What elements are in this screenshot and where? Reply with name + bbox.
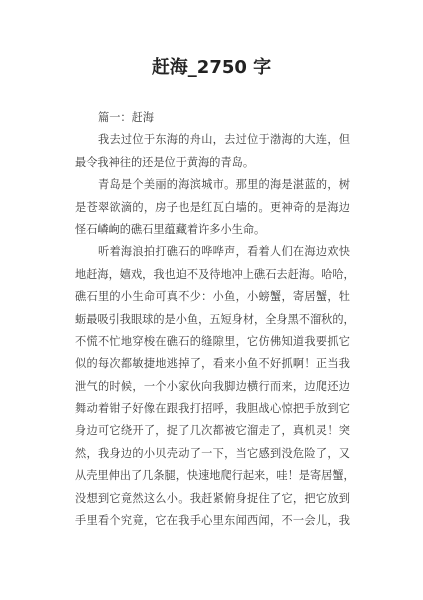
text-line: 篇一：赶海 bbox=[75, 107, 350, 129]
text-line: 怪石嶙峋的礁石里蕴藏着许多小生命。 bbox=[75, 219, 350, 241]
text-line: 听着海浪拍打礁石的哗哗声，看着人们在海边欢快 bbox=[75, 241, 350, 263]
document-body: 篇一：赶海我去过位于东海的舟山，去过位于渤海的大连，但最令我神往的还是位于黄海的… bbox=[75, 107, 350, 532]
text-line: 手里看个究竟，它在我手心里东闻西闻，不一会儿，我 bbox=[75, 510, 350, 532]
text-line: 地赶海，嬉戏，我也迫不及待地冲上礁石去赶海。哈哈， bbox=[75, 264, 350, 286]
text-line: 我去过位于东海的舟山，去过位于渤海的大连，但 bbox=[75, 129, 350, 151]
text-line: 礁石里的小生命可真不少：小鱼，小螃蟹，寄居蟹，牡 bbox=[75, 286, 350, 308]
document-title: 赶海_2750 字 bbox=[0, 56, 423, 80]
text-line: 蛎最吸引我眼球的是小鱼，五短身材，全身黑不溜秋的， bbox=[75, 309, 350, 331]
text-line: 似的每次都敏捷地逃掉了，看来小鱼不好抓啊！正当我 bbox=[75, 353, 350, 375]
text-line: 从壳里伸出了几条腿，快速地爬行起来，哇！是寄居蟹， bbox=[75, 465, 350, 487]
text-line: 是苍翠欲滴的，房子也是红瓦白墙的。更神奇的是海边 bbox=[75, 197, 350, 219]
text-line: 然，我身边的小贝壳动了一下，当它感到没危险了，又 bbox=[75, 443, 350, 465]
text-line: 最令我神往的还是位于黄海的青岛。 bbox=[75, 152, 350, 174]
text-line: 泄气的时候，一个小家伙向我脚边横行而来，边爬还边 bbox=[75, 376, 350, 398]
text-line: 不慌不忙地穿梭在礁石的缝隙里，它仿佛知道我要抓它 bbox=[75, 331, 350, 353]
document-page: 赶海_2750 字 篇一：赶海我去过位于东海的舟山，去过位于渤海的大连，但最令我… bbox=[0, 0, 423, 600]
text-line: 青岛是个美丽的海滨城市。那里的海是湛蓝的，树 bbox=[75, 174, 350, 196]
text-line: 舞动着钳子好像在跟我打招呼，我胆战心惊把手放到它 bbox=[75, 398, 350, 420]
text-line: 身边可它绕开了，捉了几次都被它溜走了，真机灵！突 bbox=[75, 420, 350, 442]
text-line: 没想到它竟然这么小。我赶紧俯身捉住了它，把它放到 bbox=[75, 488, 350, 510]
